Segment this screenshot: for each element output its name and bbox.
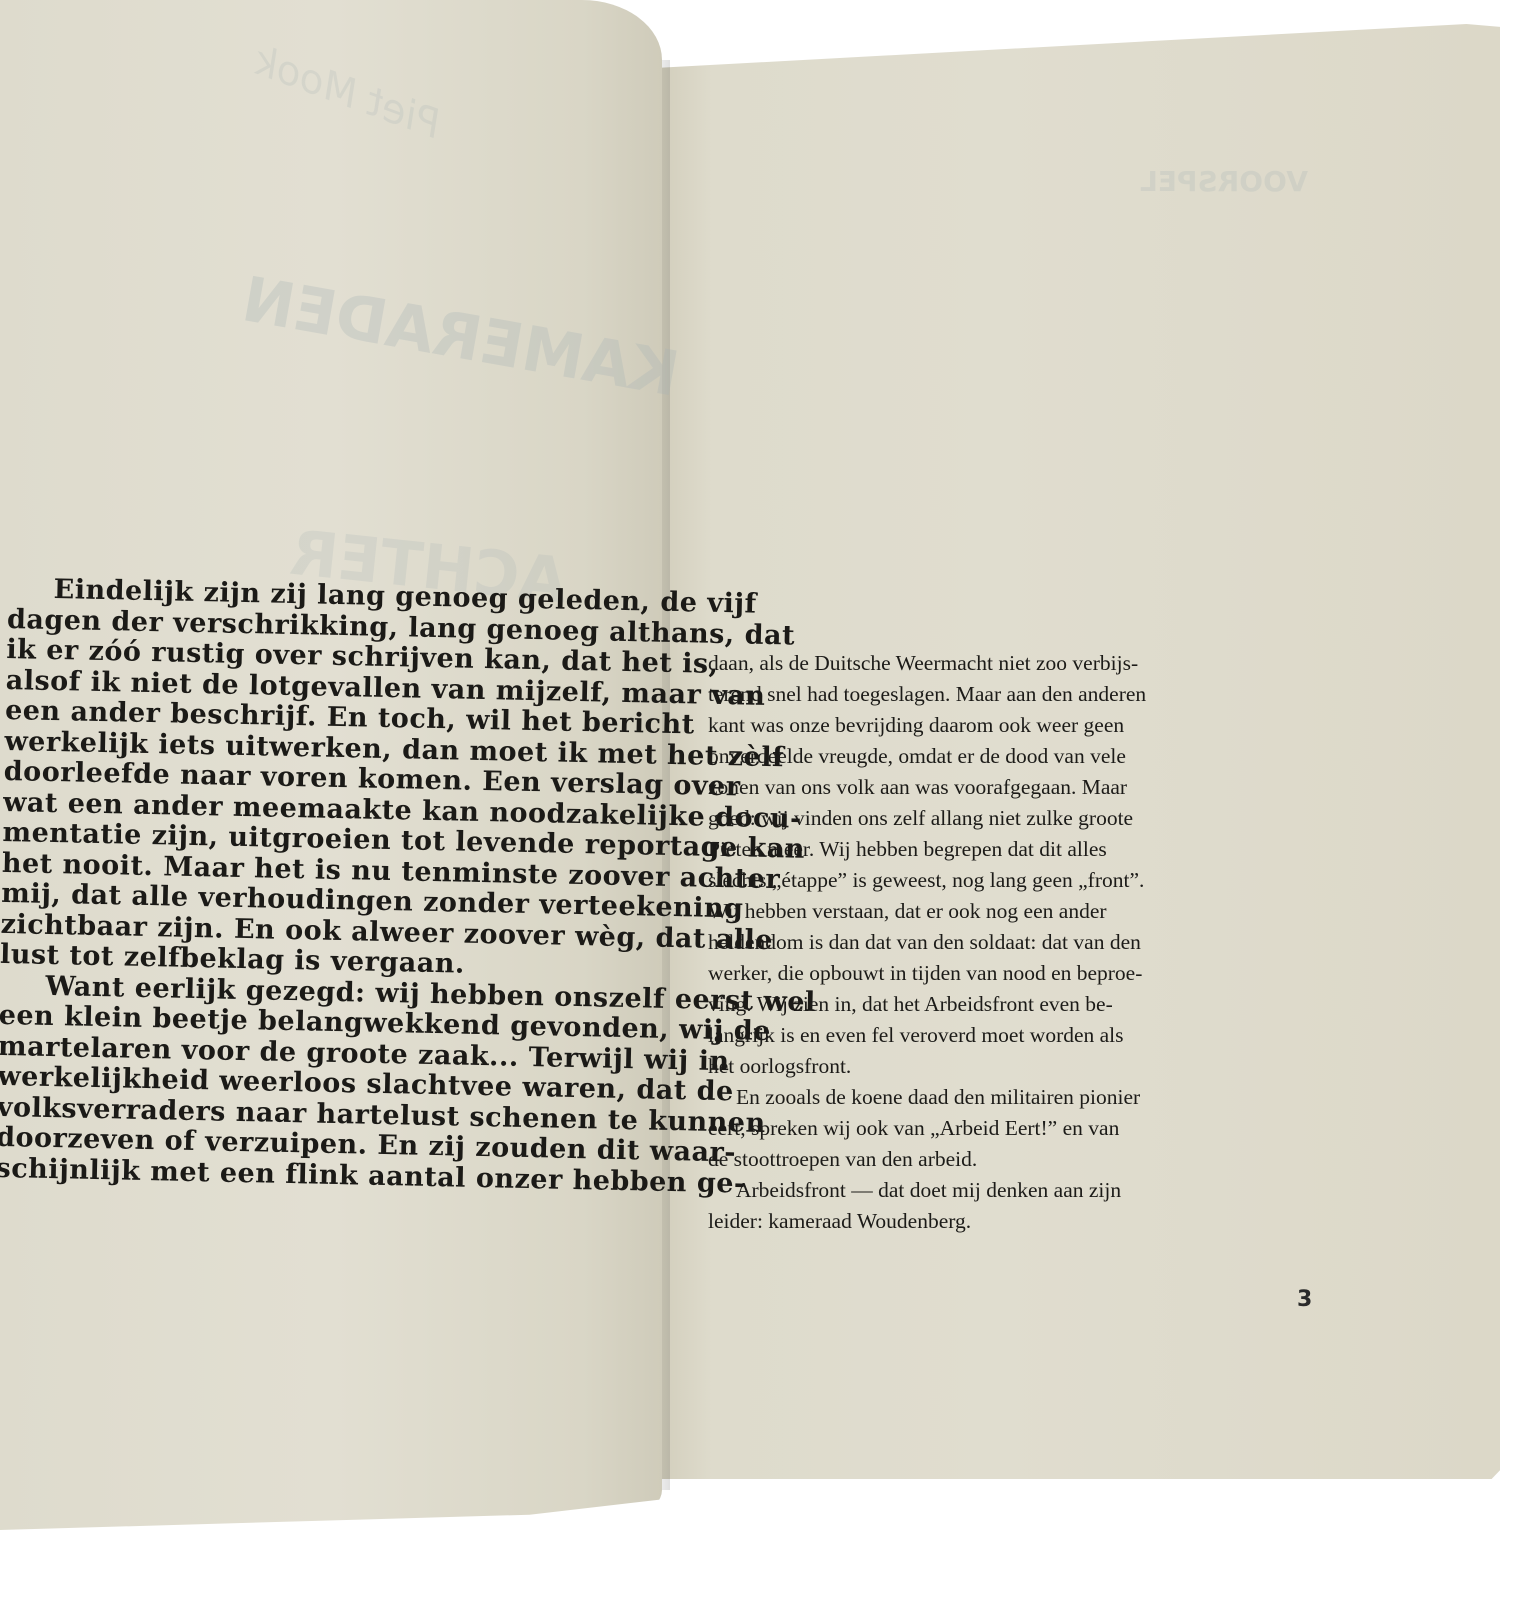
right-page-body: daan, als de Duitsche Weermacht niet zoo… [708,648,1308,1237]
page-number: 3 [1297,1287,1312,1312]
text-line: onverdeelde vreugde, omdat er de dood va… [708,741,1308,772]
show-through-heading: VOORSPEL [1140,165,1308,198]
text-line: terend snel had toegeslagen. Maar aan de… [708,679,1308,710]
text-line: werker, die opbouwt in tijden van nood e… [708,958,1308,989]
text-line: Wij hebben verstaan, dat er ook nog een … [708,896,1308,927]
text-line: het oorlogsfront. [708,1051,1308,1082]
text-line: heldendom is dan dat van den soldaat: da… [708,927,1308,958]
text-line: leider: kameraad Woudenberg. [708,1206,1308,1237]
text-line: Arbeidsfront — dat doet mij denken aan z… [708,1175,1308,1206]
text-line: de stoottroepen van den arbeid. [708,1144,1308,1175]
text-line: Pieten meer. Wij hebben begrepen dat dit… [708,834,1308,865]
text-line: ving. Wij zien in, dat het Arbeidsfront … [708,989,1308,1020]
left-page-body: Eindelijk zijn zij lang genoeg geleden, … [0,574,648,1197]
text-line: eert, spreken wij ook van „Arbeid Eert!”… [708,1113,1308,1144]
text-line: langrijk is en even fel veroverd moet wo… [708,1020,1308,1051]
text-line: daan, als de Duitsche Weermacht niet zoo… [708,648,1308,679]
text-line: slechts „étappe” is geweest, nog lang ge… [708,865,1308,896]
text-line: goed: wij vinden ons zelf allang niet zu… [708,803,1308,834]
text-line: kant was onze bevrijding daarom ook weer… [708,710,1308,741]
text-line: zonen van ons volk aan was voorafgegaan.… [708,772,1308,803]
text-line: En zooals de koene daad den militairen p… [708,1082,1308,1113]
